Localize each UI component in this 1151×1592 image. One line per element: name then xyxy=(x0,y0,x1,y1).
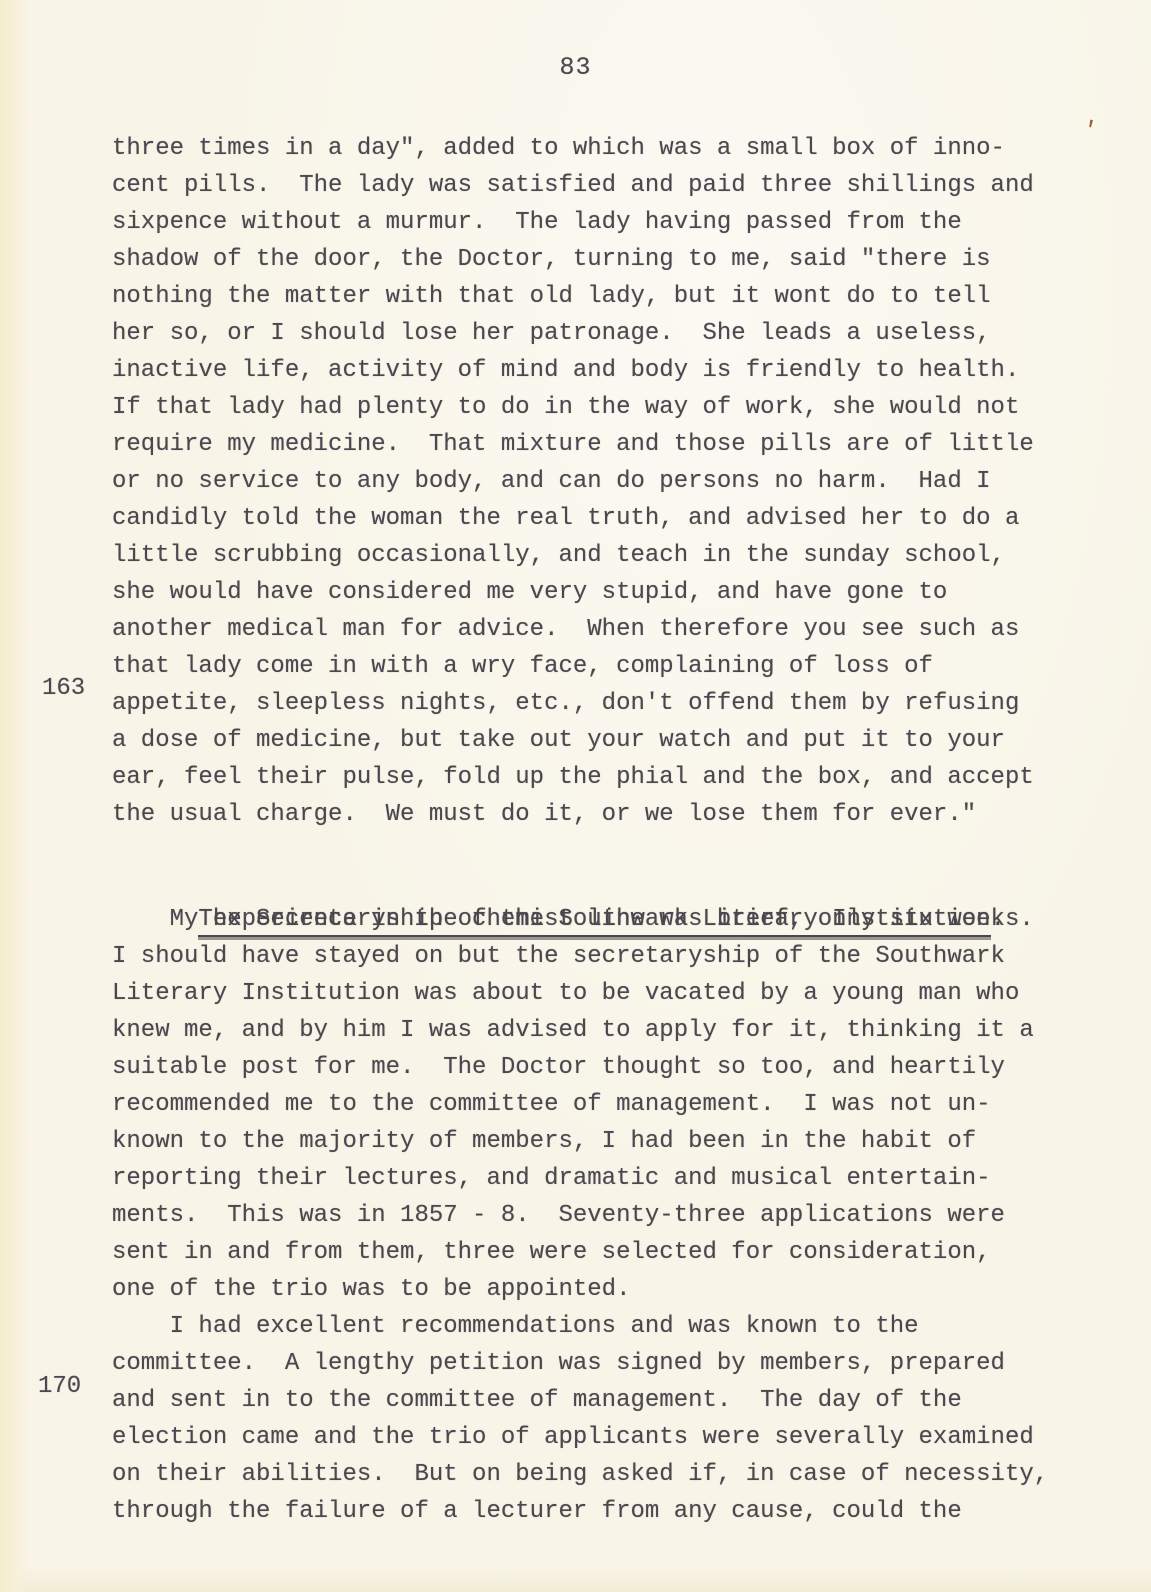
text-line: a dose of medicine, but take out your wa… xyxy=(112,722,1048,759)
text-line: known to the majority of members, I had … xyxy=(112,1123,1048,1160)
text-line: shadow of the door, the Doctor, turning … xyxy=(112,241,1048,278)
text-line: one of the trio was to be appointed. xyxy=(112,1271,1048,1308)
typewritten-text: three times in a day", added to which wa… xyxy=(112,130,1048,1530)
text-line: and sent in to the committee of manageme… xyxy=(112,1382,1048,1419)
text-line: I should have stayed on but the secretar… xyxy=(112,938,1048,975)
text-line: cent pills. The lady was satisfied and p… xyxy=(112,167,1048,204)
text-line: ments. This was in 1857 - 8. Seventy-thr… xyxy=(112,1197,1048,1234)
text-line: the usual charge. We must do it, or we l… xyxy=(112,796,1048,833)
text-line: require my medicine. That mixture and th… xyxy=(112,426,1048,463)
text-line: that lady come in with a wry face, compl… xyxy=(112,648,1048,685)
text-line: nothing the matter with that old lady, b… xyxy=(112,278,1048,315)
paragraph-doctor-anecdote: three times in a day", added to which wa… xyxy=(112,130,1048,833)
section-heading: The Secretaryship of the Southwark Liter… xyxy=(112,864,1048,901)
document-page: 83 163 170 three times in a day", added … xyxy=(0,0,1151,1592)
ink-speck: ' xyxy=(1079,117,1099,146)
text-line: knew me, and by him I was advised to app… xyxy=(112,1012,1048,1049)
text-line: inactive life, activity of mind and body… xyxy=(112,352,1048,389)
text-line: My experience in the chemist line was br… xyxy=(112,901,1048,938)
text-line: sixpence without a murmur. The lady havi… xyxy=(112,204,1048,241)
text-line: sent in and from them, three were select… xyxy=(112,1234,1048,1271)
text-line: another medical man for advice. When the… xyxy=(112,611,1048,648)
page-number: 83 xyxy=(0,53,1151,83)
text-line: recommended me to the committee of manag… xyxy=(112,1086,1048,1123)
text-line: or no service to any body, and can do pe… xyxy=(112,463,1048,500)
text-line: on their abilities. But on being asked i… xyxy=(112,1456,1048,1493)
text-line: election came and the trio of applicants… xyxy=(112,1419,1048,1456)
text-line: her so, or I should lose her patronage. … xyxy=(112,315,1048,352)
text-line: appetite, sleepless nights, etc., don't … xyxy=(112,685,1048,722)
text-line: through the failure of a lecturer from a… xyxy=(112,1493,1048,1530)
margin-line-number-170: 170 xyxy=(38,1368,81,1405)
text-line: suitable post for me. The Doctor thought… xyxy=(112,1049,1048,1086)
margin-line-number-163: 163 xyxy=(42,670,85,707)
text-line: candidly told the woman the real truth, … xyxy=(112,500,1048,537)
text-line: I had excellent recommendations and was … xyxy=(112,1308,1048,1345)
text-line: reporting their lectures, and dramatic a… xyxy=(112,1160,1048,1197)
text-line: she would have considered me very stupid… xyxy=(112,574,1048,611)
text-line: ear, feel their pulse, fold up the phial… xyxy=(112,759,1048,796)
text-line: three times in a day", added to which wa… xyxy=(112,130,1048,167)
paragraph-recommendations: I had excellent recommendations and was … xyxy=(112,1308,1048,1530)
text-line: committee. A lengthy petition was signed… xyxy=(112,1345,1048,1382)
paragraph-secretaryship: My experience in the chemist line was br… xyxy=(112,901,1048,1308)
text-line: Literary Institution was about to be vac… xyxy=(112,975,1048,1012)
text-line: little scrubbing occasionally, and teach… xyxy=(112,537,1048,574)
text-line: If that lady had plenty to do in the way… xyxy=(112,389,1048,426)
